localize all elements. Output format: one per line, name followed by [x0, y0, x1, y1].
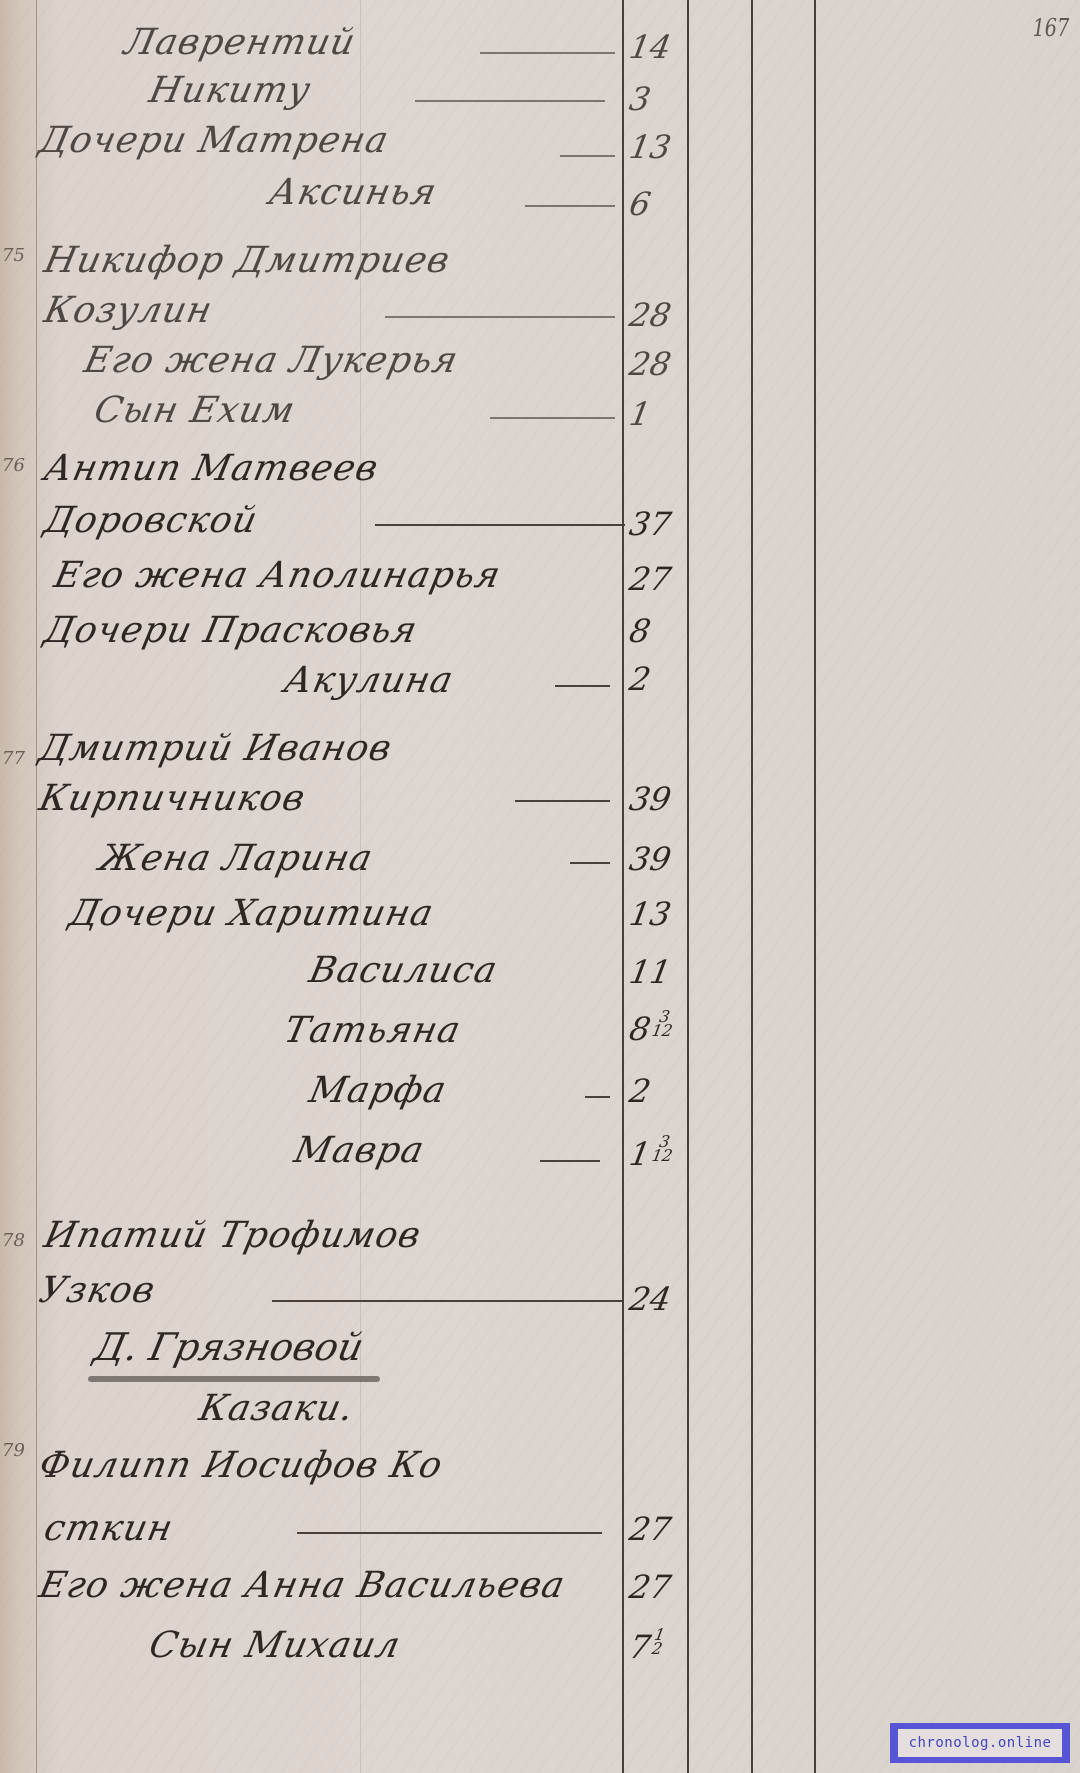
age-value: 1: [627, 395, 654, 433]
column-rule-4: [814, 0, 816, 1773]
dash-leader: [385, 316, 615, 318]
dash-leader: [540, 1160, 600, 1162]
age-value: 3: [627, 80, 654, 118]
age-whole: 7: [627, 1628, 654, 1666]
age-value: 8: [627, 612, 654, 650]
entry-line: Его жена Анна Васильева: [36, 1565, 569, 1606]
age-value: 2: [627, 660, 654, 698]
dash-leader: [297, 1532, 602, 1534]
entry-line: Дочери Харитина: [66, 893, 438, 934]
entry-line: Дмитрий Иванов: [36, 728, 396, 769]
entry-line: Узков: [36, 1270, 159, 1311]
dash-leader: [272, 1300, 622, 1302]
left-margin-rule: [36, 0, 37, 1773]
heading-underline: [88, 1376, 380, 1382]
watermark-text: chronolog.online: [898, 1729, 1062, 1757]
watermark-badge: chronolog.online: [890, 1723, 1070, 1763]
entry-line: Козулин: [41, 290, 217, 331]
entry-line: сткин: [41, 1508, 177, 1549]
age-value: 14: [627, 28, 674, 66]
dash-leader: [570, 862, 610, 864]
page-number: 167: [1033, 14, 1070, 42]
age-value: 2: [627, 1072, 654, 1110]
age-value: 24: [627, 1280, 674, 1318]
entry-line: Кирпичников: [36, 778, 310, 819]
entry-line: Аксинья: [266, 172, 441, 213]
row-number: 79: [2, 1440, 25, 1461]
dash-leader: [515, 800, 610, 802]
dash-leader: [585, 1096, 610, 1098]
entry-line: Сын Михаил: [146, 1625, 405, 1666]
row-number: 75: [2, 245, 25, 266]
row-number: 76: [2, 455, 25, 476]
row-number: 78: [2, 1230, 25, 1251]
entry-line: Василиса: [306, 950, 502, 991]
age-value: 27: [627, 560, 674, 598]
section-subheading: Казаки.: [196, 1388, 358, 1429]
dash-leader: [490, 417, 615, 419]
age-column-rule-left: [622, 0, 624, 1773]
age-value: 28: [627, 345, 674, 383]
entry-line: Доровской: [41, 500, 262, 541]
row-number: 77: [2, 748, 25, 769]
entry-line: Филипп Иосифов Ко: [36, 1445, 447, 1486]
entry-line: Дочери Матрена: [36, 120, 393, 161]
age-value: 39: [627, 840, 674, 878]
age-value: 13: [627, 128, 674, 166]
dash-leader: [375, 524, 625, 526]
entry-line: Марфа: [306, 1070, 451, 1111]
age-value: 27: [627, 1568, 674, 1606]
age-fraction: 12: [651, 1628, 666, 1656]
dash-leader: [525, 205, 615, 207]
entry-line: Дочери Прасковья: [41, 610, 422, 651]
age-value: 11: [627, 953, 674, 991]
entry-line: Его жена Лукерья: [81, 340, 462, 381]
age-value: 13: [627, 895, 674, 933]
entry-line: Маврa: [291, 1130, 429, 1171]
age-value: 27: [627, 1510, 674, 1548]
age-value: 39: [627, 780, 674, 818]
entry-line: Антип Матвеев: [41, 448, 383, 489]
age-whole: 8: [627, 1010, 654, 1048]
age-value: 37: [627, 505, 674, 543]
entry-line: Жена Ларина: [96, 838, 377, 879]
entry-line: Никифор Дмитриев: [41, 240, 454, 281]
entry-line: Ипатий Трофимов: [41, 1215, 425, 1256]
section-heading: Д. Грязновой: [90, 1325, 367, 1369]
entry-line: Сын Ехим: [91, 390, 299, 431]
entry-line: Татьяна: [281, 1010, 465, 1051]
age-value-fraction: 1312: [627, 1135, 676, 1173]
entry-line: Лаврентий: [121, 22, 360, 63]
age-fraction: 312: [651, 1135, 676, 1163]
column-rule-3: [751, 0, 753, 1773]
dash-leader: [480, 52, 615, 54]
age-fraction: 312: [651, 1010, 676, 1038]
entry-line: Его жена Аполинарья: [51, 555, 505, 596]
age-column-rule-right: [687, 0, 689, 1773]
age-whole: 1: [627, 1135, 654, 1173]
dash-leader: [415, 100, 605, 102]
age-value-fraction: 712: [627, 1628, 666, 1666]
age-value: 6: [627, 185, 654, 223]
entry-line: Акулина: [281, 660, 458, 701]
age-value-fraction: 8312: [627, 1010, 676, 1048]
dash-leader: [560, 155, 615, 157]
entry-line: Никиту: [146, 70, 315, 111]
age-value: 28: [627, 296, 674, 334]
dash-leader: [555, 685, 610, 687]
